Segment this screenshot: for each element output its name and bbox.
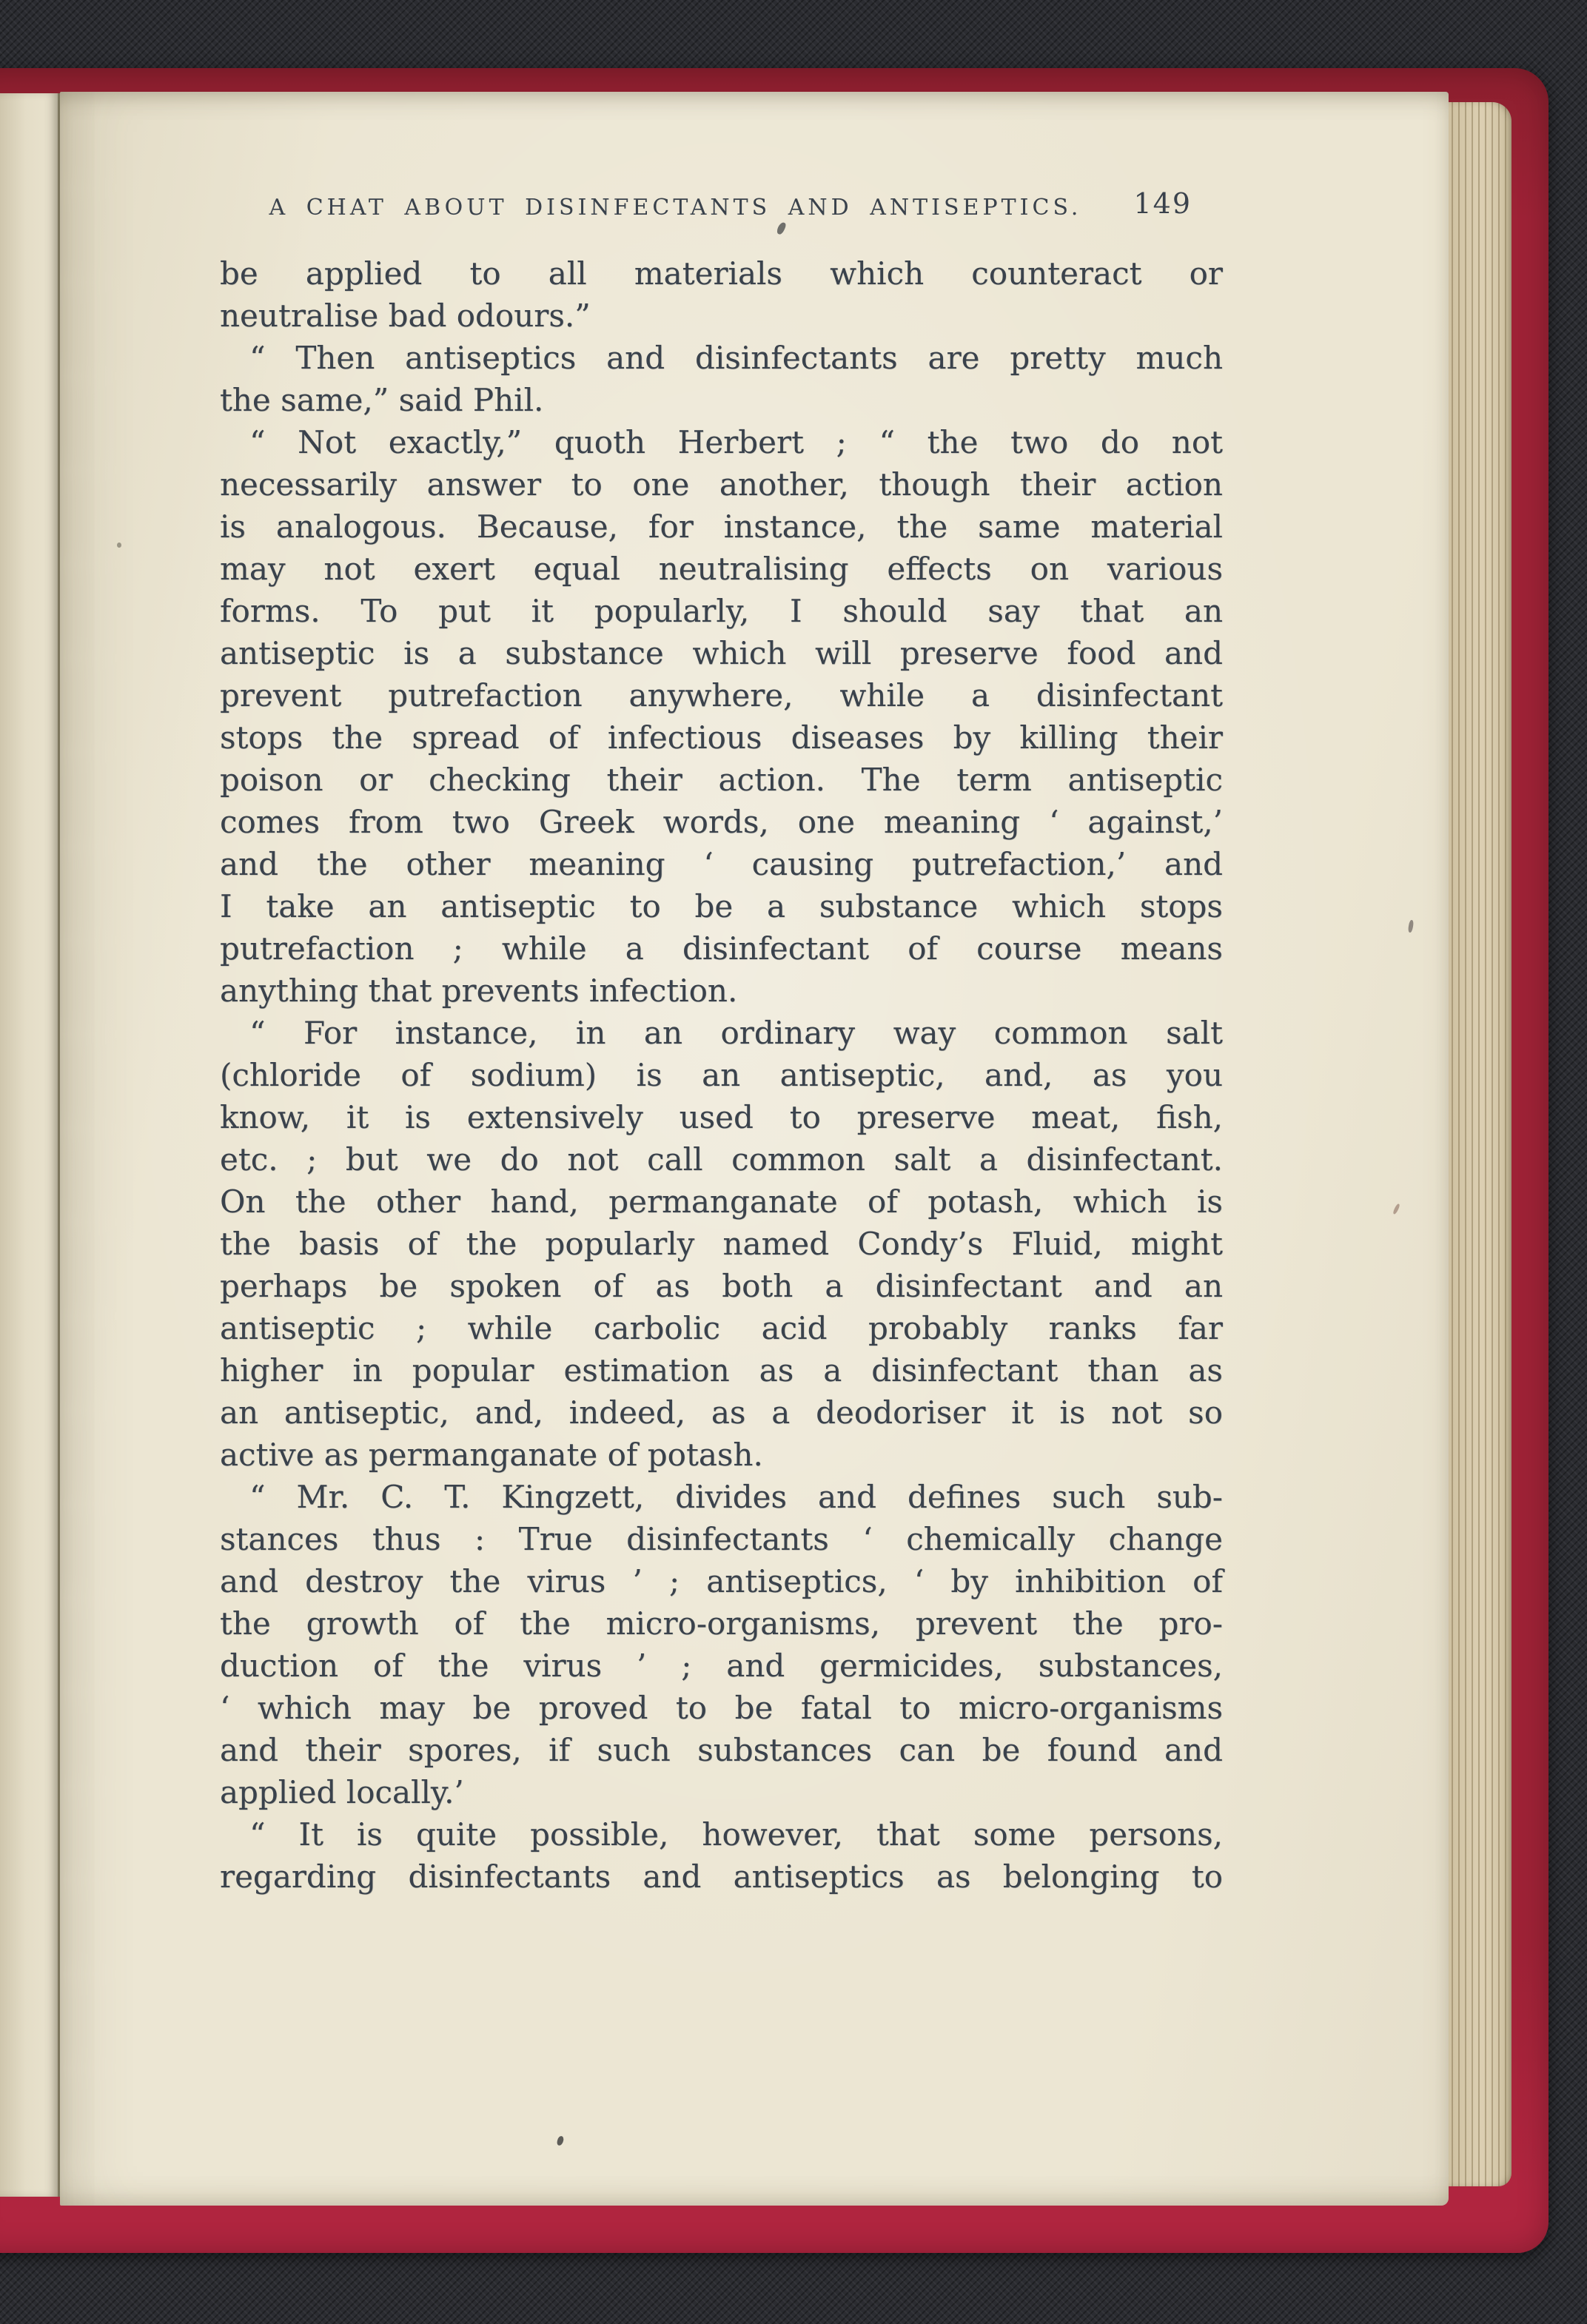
text-line: poison or checking their action. The ter… [220,759,1223,801]
text-line: the growth of the micro-organisms, preve… [220,1602,1223,1645]
page-number: 149 [1133,187,1192,220]
text-line: putrefaction ; while a disinfectant of c… [220,927,1223,970]
text-line: stops the spread of infectious diseases … [220,716,1223,759]
text-line: applied locally.’ [220,1771,1223,1813]
text-line: the same,” said Phil. [220,379,1223,421]
text-line: an antiseptic, and, indeed, as a deodori… [220,1391,1223,1434]
text-line: “ Not exactly,” quoth Herbert ; “ the tw… [220,421,1223,463]
page-edge-stack [1445,102,1511,2186]
text-line: perhaps be spoken of as both a disinfect… [220,1265,1223,1307]
text-line: forms. To put it popularly, I should say… [220,590,1223,632]
text-line: comes from two Greek words, one meaning … [220,801,1223,843]
text-line: necessarily answer to one another, thoug… [220,463,1223,506]
text-line: and destroy the virus ’ ; antiseptics, ‘… [220,1560,1223,1602]
page-text-column: A CHAT ABOUT DISINFECTANTS AND ANTISEPTI… [220,192,1223,1898]
text-line: may not exert equal neutralising effects… [220,548,1223,590]
text-line: duction of the virus ’ ; and germicides,… [220,1645,1223,1687]
text-line: “ Then antiseptics and disinfectants are… [220,337,1223,379]
text-line: prevent putrefaction anywhere, while a d… [220,674,1223,716]
text-line: neutralise bad odours.” [220,295,1223,337]
text-line: know, it is extensively used to preserve… [220,1096,1223,1138]
text-line: higher in popular estimation as a disinf… [220,1349,1223,1391]
text-line: stances thus : True disinfectants ‘ chem… [220,1518,1223,1560]
left-page-edge [0,93,60,2197]
text-line: be applied to all materials which counte… [220,252,1223,295]
text-line: and the other meaning ‘ causing putrefac… [220,843,1223,885]
page-body: be applied to all materials which counte… [220,252,1223,1898]
running-header-title: A CHAT ABOUT DISINFECTANTS AND ANTISEPTI… [269,195,1082,221]
text-line: is analogous. Because, for instance, the… [220,506,1223,548]
text-line: On the other hand, permanganate of potas… [220,1181,1223,1223]
text-line: etc. ; but we do not call common salt a … [220,1138,1223,1181]
page-speck [117,543,121,548]
text-line: I take an antiseptic to be a substance w… [220,885,1223,927]
text-line: “ It is quite possible, however, that so… [220,1813,1223,1855]
text-line: antiseptic ; while carbolic acid probabl… [220,1307,1223,1349]
text-line: “ Mr. C. T. Kingzett, divides and define… [220,1476,1223,1518]
text-line: antiseptic is a substance which will pre… [220,632,1223,674]
text-line: active as permanganate of potash. [220,1434,1223,1476]
running-header: A CHAT ABOUT DISINFECTANTS AND ANTISEPTI… [220,192,1223,226]
text-line: anything that prevents infection. [220,970,1223,1012]
text-line: (chloride of sodium) is an antiseptic, a… [220,1054,1223,1096]
photo-background: A CHAT ABOUT DISINFECTANTS AND ANTISEPTI… [0,0,1587,2324]
text-line: “ For instance, in an ordinary way commo… [220,1012,1223,1054]
text-line: regarding disinfectants and antiseptics … [220,1855,1223,1898]
text-line: the basis of the popularly named Condy’s… [220,1223,1223,1265]
text-line: ‘ which may be proved to be fatal to mic… [220,1687,1223,1729]
text-line: and their spores, if such substances can… [220,1729,1223,1771]
